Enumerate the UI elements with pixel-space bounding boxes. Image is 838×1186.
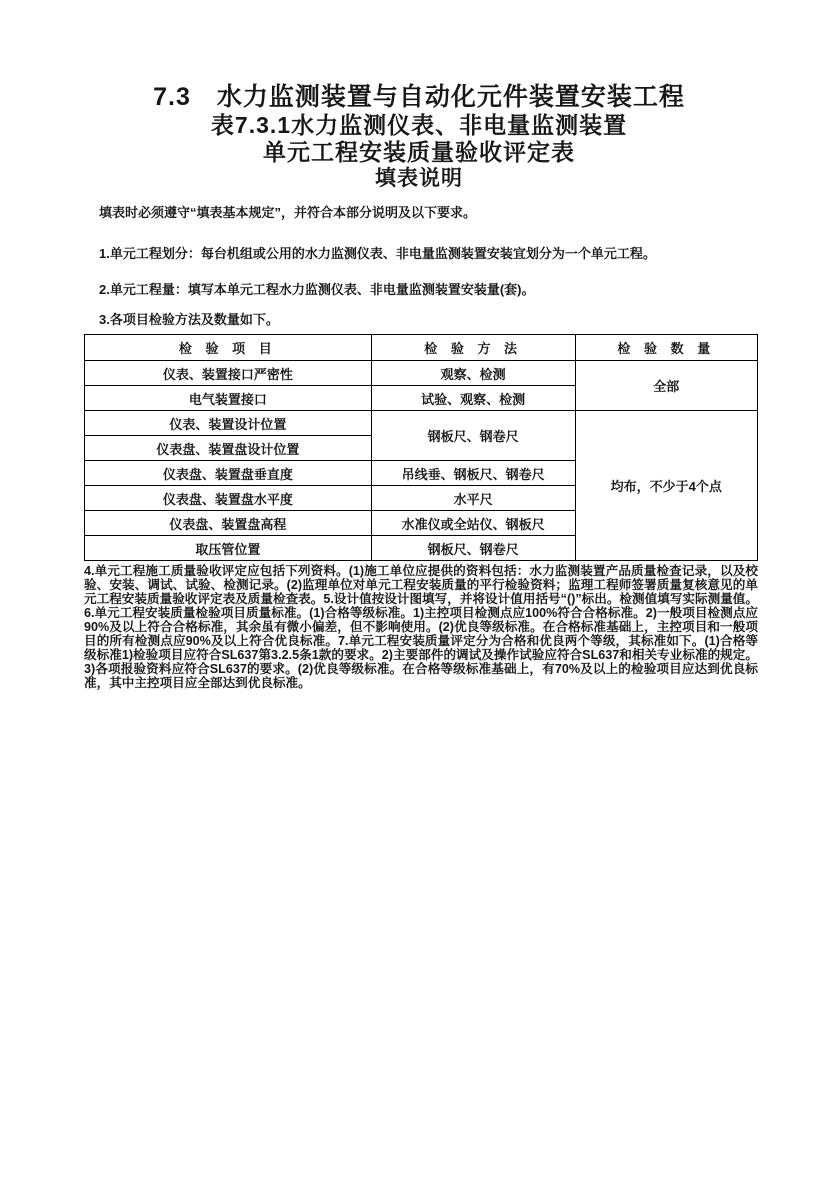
inspection-methods-table: 检 验 项 目 检 验 方 法 检 验 数 量 仪表、装置接口严密性 观察、检测… — [84, 334, 758, 561]
cell-item: 仪表盘、装置盘水平度 — [85, 486, 372, 511]
header-inspection-quantity: 检 验 数 量 — [575, 335, 757, 361]
cell-method: 钢板尺、钢卷尺 — [371, 411, 575, 461]
table-header-row: 检 验 项 目 检 验 方 法 检 验 数 量 — [85, 335, 758, 361]
section-heading: 7.3 水力监测装置与自动化元件装置安装工程 — [0, 82, 838, 112]
cell-item: 仪表、装置设计位置 — [85, 411, 372, 436]
title-block: 7.3 水力监测装置与自动化元件装置安装工程 表7.3.1水力监测仪表、非电量监… — [0, 0, 838, 192]
cell-item: 仪表、装置接口严密性 — [85, 361, 372, 386]
cell-quantity: 全部 — [575, 361, 757, 411]
cell-item: 电气装置接口 — [85, 386, 372, 411]
table-row: 仪表、装置设计位置 钢板尺、钢卷尺 均布，不少于4个点 — [85, 411, 758, 436]
header-inspection-item: 检 验 项 目 — [85, 335, 372, 361]
document-content: 填表时必须遵守“填表基本规定”，并符合本部分说明及以下要求。 1.单元工程划分：… — [84, 204, 758, 690]
cell-method: 观察、检测 — [371, 361, 575, 386]
cell-item: 仪表盘、装置盘设计位置 — [85, 436, 372, 461]
table-row: 仪表、装置接口严密性 观察、检测 全部 — [85, 361, 758, 386]
item-2-paragraph: 2.单元工程量：填写本单元工程水力监测仪表、非电量监测装置安装量(套)。 — [84, 281, 758, 299]
cell-method: 水平尺 — [371, 486, 575, 511]
notes-paragraph: 4.单元工程施工质量验收评定应包括下列资料。(1)施工单位应提供的资料包括：水力… — [84, 564, 758, 690]
subtitle-form-instructions: 填表说明 — [0, 166, 838, 192]
cell-method: 吊线垂、钢板尺、钢卷尺 — [371, 461, 575, 486]
item-1-paragraph: 1.单元工程划分：每台机组或公用的水力监测仪表、非电量监测装置安装宜划分为一个单… — [84, 245, 758, 263]
cell-item: 仪表盘、装置盘垂直度 — [85, 461, 372, 486]
cell-method: 试验、观察、检测 — [371, 386, 575, 411]
cell-method: 水准仪或全站仪、钢板尺 — [371, 511, 575, 536]
item-3-paragraph: 3.各项目检验方法及数量如下。 — [84, 311, 758, 329]
cell-quantity: 均布，不少于4个点 — [575, 411, 757, 561]
cell-item: 取压管位置 — [85, 536, 372, 561]
cell-method: 钢板尺、钢卷尺 — [371, 536, 575, 561]
table-title-line-2: 单元工程安装质量验收评定表 — [0, 139, 838, 166]
document-page: 7.3 水力监测装置与自动化元件装置安装工程 表7.3.1水力监测仪表、非电量监… — [0, 0, 838, 1186]
table-title-line-1: 表7.3.1水力监测仪表、非电量监测装置 — [0, 112, 838, 139]
intro-paragraph: 填表时必须遵守“填表基本规定”，并符合本部分说明及以下要求。 — [84, 204, 758, 222]
cell-item: 仪表盘、装置盘高程 — [85, 511, 372, 536]
header-inspection-method: 检 验 方 法 — [371, 335, 575, 361]
